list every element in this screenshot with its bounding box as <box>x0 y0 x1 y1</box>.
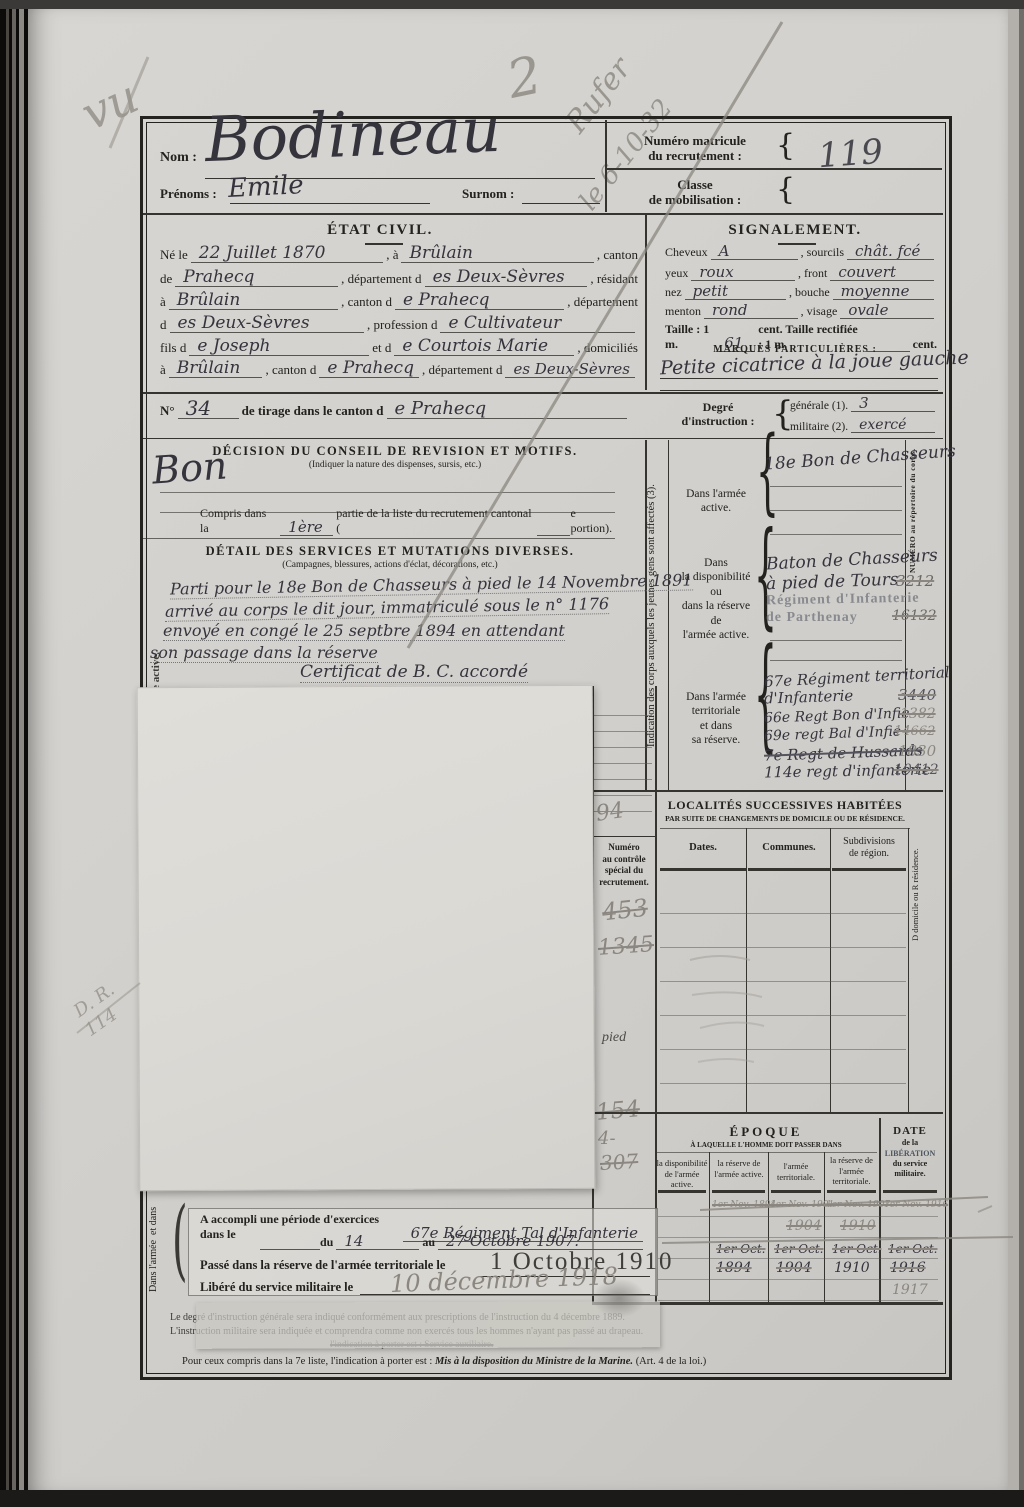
epoque-subtitle: À LAQUELLE L'HOMME DOIT PASSER DANS <box>655 1141 877 1149</box>
localites-subtitle: PAR SUITE DE CHANGEMENTS DE DOMICILE OU … <box>660 814 910 823</box>
ec-etd: et d <box>372 340 391 356</box>
accompli-vert-2: et dans <box>148 1207 159 1235</box>
footnote-4b: Mis à la disposition du Ministre de la M… <box>435 1356 633 1367</box>
sig-front-v: couvert <box>830 265 934 281</box>
compris-gap <box>537 535 571 536</box>
tirage-no: N° <box>160 403 175 419</box>
ep-th4 <box>827 1190 876 1193</box>
tirage-no-v: 34 <box>178 398 239 419</box>
compris-1: Compris dans la <box>200 506 277 536</box>
ec-dept-v3: es Deux-Sèvres <box>505 362 635 378</box>
ec-prof: , profession d <box>367 317 437 333</box>
compris-v: 1ère <box>280 520 333 536</box>
ec-date: 22 Juillet 1870 <box>191 245 383 263</box>
terr-entry-1b: d'Infanterie <box>764 686 854 707</box>
decision-value: Bon <box>151 443 229 492</box>
terr-2: territoriale <box>672 704 760 718</box>
matricule-divider <box>605 168 942 170</box>
ec-de: de <box>160 271 172 287</box>
ec-a2: à <box>160 294 166 310</box>
degre-label-2: d'instruction : <box>668 414 768 428</box>
controle-n4: 4- <box>598 1128 616 1149</box>
section-rule-438 <box>143 438 943 439</box>
scan-edge-bottom <box>0 1490 1024 1507</box>
decision-subtitle: (Indiquer la nature des dispenses, sursi… <box>175 460 615 470</box>
ep-col1: la disponibilité de l'armée active. <box>656 1158 708 1190</box>
ec-line1: Né le 22 Juillet 1870 , à Brûlain , cant… <box>160 245 638 263</box>
classe-brace: { <box>776 172 795 207</box>
tirage-texte: de tirage dans le canton d <box>242 403 384 419</box>
controle-n5: 307 <box>599 1149 638 1175</box>
ec-domicilies: , domiciliés <box>577 340 638 356</box>
signalement-title: SIGNALEMENT. <box>680 222 910 239</box>
dispo-6: l'armée active. <box>672 628 760 642</box>
surnom-label: Surnom : <box>462 186 514 202</box>
degre-gen: générale (1). <box>790 400 848 412</box>
loc-row-lines <box>660 880 906 1112</box>
loc-h3b: de région. <box>832 848 906 860</box>
section-rule-390 <box>143 392 943 394</box>
corps-terr-label: Dans l'armée territoriale et dans sa rés… <box>672 690 760 748</box>
sig-visage-v: ovale <box>840 303 934 319</box>
degre-mil-v: exercé <box>851 418 935 433</box>
sig-menton-v: rond <box>704 303 798 319</box>
ec-line3: à Brûlain , canton d e Prahecq , départe… <box>160 292 638 310</box>
classe-label-1: Classe <box>615 178 775 193</box>
terr-num-3: 14662 <box>894 724 935 739</box>
header-divider-v <box>605 120 607 212</box>
terr-num-5: 10412 <box>894 762 939 778</box>
accompli-vert-label: Dans l'armée et dans <box>148 1212 172 1292</box>
terr-1: Dans l'armée <box>672 690 760 704</box>
epoque-date4: du service <box>880 1159 940 1169</box>
ec-prof-v: e Cultivateur <box>440 315 635 333</box>
footnote-4: Pour ceux compris dans la 7e liste, l'in… <box>182 1356 942 1367</box>
decision-title: DÉCISION DU CONSEIL DE REVISION ET MOTIF… <box>175 444 615 459</box>
prenoms-value: Emile <box>227 170 304 204</box>
ec-mere: e Courtois Marie <box>394 338 574 356</box>
marques-rule1 <box>660 378 938 379</box>
ec-canton2: , canton d <box>341 294 392 310</box>
prenoms-underline <box>230 203 430 204</box>
ec-canton-v3: e Prahecq <box>319 360 419 378</box>
loc-th-rule2 <box>748 868 830 871</box>
pasted-blank-sheet <box>137 685 596 1191</box>
services-line-4: son passage dans la réserve <box>150 643 378 663</box>
sig-sourcils-v: chât. fcé <box>847 244 934 260</box>
ec-canton-v2: e Prahecq <box>395 292 564 310</box>
terr-num-4: 1830 <box>898 742 936 760</box>
services-line-3: envoyé en congé le 25 septbre 1894 en at… <box>163 621 565 641</box>
surnom-underline <box>522 203 600 204</box>
sig-line4: menton rond , visage ovale <box>665 303 937 319</box>
ec-canton-v: Prahecq <box>175 269 338 287</box>
controle-label-3: spécial du <box>593 865 655 877</box>
matricule-label: Numéro matricule du recrutement : <box>615 134 775 164</box>
scan-edge-right <box>1019 0 1024 1507</box>
controle-n2: 1345 <box>597 932 655 961</box>
sig-cheveux-v: A <box>711 244 798 260</box>
degre-gen-v: 3 <box>851 396 935 412</box>
sig-line1: Cheveux A , sourcils chât. fcé <box>665 244 937 260</box>
sig-cheveux: Cheveux <box>665 245 708 260</box>
loc-header-rule-top <box>660 828 910 829</box>
nom-value: Bodineau <box>204 93 502 176</box>
matricule-label-1: Numéro matricule <box>615 134 775 149</box>
controle-box-top <box>593 836 655 837</box>
accompli-paren: ( <box>172 1190 188 1291</box>
controle-n3: 154 <box>595 1096 641 1126</box>
tirage-line: N° 34 de tirage dans le canton d e Prahe… <box>160 398 630 419</box>
ec-d: d <box>160 317 167 333</box>
controle-label: Numéro au contrôle spécial du recrutemen… <box>593 842 655 889</box>
dispo-4: dans la réserve <box>672 599 760 613</box>
sig-yeux-v: roux <box>691 265 795 281</box>
ec-line5: fils d e Joseph et d e Courtois Marie , … <box>160 338 638 356</box>
page-edge <box>19 0 24 1507</box>
corps-active-label: Dans l'armée active. <box>672 488 760 516</box>
epoque-date1: DATE <box>880 1124 940 1138</box>
accompli-du: du <box>320 1235 333 1250</box>
epoque-date5: militaire. <box>880 1169 940 1179</box>
dispo-num-2: 16132 <box>892 608 937 624</box>
ec-line4: d es Deux-Sèvres , profession d e Cultiv… <box>160 315 638 333</box>
ep-th5 <box>883 1190 937 1193</box>
book-binding <box>0 0 30 1507</box>
compris-3: e portion). <box>570 506 620 536</box>
controle-label-4: recrutement. <box>593 877 655 889</box>
etat-civil-title: ÉTAT CIVIL. <box>240 222 520 239</box>
marques-rule2 <box>660 390 938 391</box>
ec-dept1: , département d <box>341 271 422 287</box>
controle-pied: pied <box>602 1030 626 1046</box>
terr-num-1: 3440 <box>898 686 936 704</box>
loc-bottom-rule <box>592 1112 943 1114</box>
stamp-parthenay: de Parthenay <box>766 610 858 626</box>
controle-label-1: Numéro <box>593 842 655 854</box>
ep-th3 <box>771 1190 821 1193</box>
ec-dept-v2: es Deux-Sèvres <box>170 315 365 333</box>
accompli-au: au <box>422 1235 435 1250</box>
scanned-register-page: vu 2 Rufer le 6-10-32 D. R. 114 Nom : Bo… <box>0 0 1024 1507</box>
scan-edge-top <box>0 0 1024 9</box>
ec-fils: fils d <box>160 340 186 356</box>
active-rule2 <box>770 510 902 511</box>
services-title: DÉTAIL DES SERVICES ET MUTATIONS DIVERSE… <box>165 544 615 559</box>
ec-dept2: , département <box>567 294 638 310</box>
accompli-l4: Libéré du service militaire le <box>200 1280 353 1295</box>
terr-4: sa réserve. <box>672 733 760 747</box>
compris-line: Compris dans la 1ère partie de la liste … <box>200 506 620 536</box>
compris-2: partie de la liste du recrutement canton… <box>336 506 536 536</box>
ep-col4: la réserve de l'armée territoriale. <box>826 1155 877 1187</box>
nom-label: Nom : <box>160 150 197 166</box>
decision-rule3 <box>143 538 615 539</box>
decision-rule1 <box>160 492 615 493</box>
loc-v3 <box>908 828 909 1112</box>
prenoms-label: Prénoms : <box>160 186 217 202</box>
active-rule3 <box>770 534 902 535</box>
loc-dr-label: D domicile ou R résidence. <box>910 820 936 970</box>
matricule-brace: { <box>776 128 795 163</box>
classe-label: Classe de mobilisation : <box>615 178 775 208</box>
ink-smudge <box>592 1278 646 1318</box>
terr-num-2: 1382 <box>900 706 936 722</box>
sig-visage: , visage <box>801 304 838 319</box>
accompli-gap <box>260 1249 320 1250</box>
epoque-date2: de la <box>880 1138 940 1148</box>
sig-bouche-v: moyenne <box>833 284 934 300</box>
dispo-rule1 <box>770 640 902 641</box>
ep-th2 <box>712 1190 765 1193</box>
sig-line3: nez petit , bouche moyenne <box>665 284 937 300</box>
ec-canton1: , canton <box>597 247 638 263</box>
matricule-label-2: du recrutement : <box>615 149 775 164</box>
sig-nez-v: petit <box>685 284 786 300</box>
tirage-canton-v: e Prahecq <box>387 400 627 419</box>
ep-th1 <box>658 1190 706 1193</box>
loc-th-rule3 <box>832 868 906 871</box>
controle-n1: 453 <box>601 894 649 927</box>
services-subtitle: (Campagnes, blessures, actions d'éclat, … <box>165 560 615 570</box>
loc-h1: Dates. <box>660 842 746 853</box>
accompli-du-v: 14 <box>336 1234 419 1250</box>
dispo-1: Dans <box>672 556 760 570</box>
sig-front: , front <box>798 266 827 281</box>
pasted-strip <box>196 1301 660 1349</box>
active-rule1 <box>770 486 902 487</box>
ec-line2: de Prahecq , département d es Deux-Sèvre… <box>160 269 638 287</box>
degre-label: Degré d'instruction : <box>668 400 768 429</box>
ec-pere: e Joseph <box>189 338 369 356</box>
epoque-title: ÉPOQUE <box>655 1124 877 1140</box>
controle-top-number: 94 <box>594 798 625 827</box>
ep-header-rule <box>655 1152 877 1153</box>
ep-col3: l'armée territoriale. <box>770 1161 822 1182</box>
ep-row-lines <box>658 1196 938 1302</box>
header-bottom-rule <box>143 213 943 215</box>
ec-canton3: , canton d <box>265 362 316 378</box>
loc-h3a: Subdivisions <box>832 836 906 848</box>
controle-label-2: au contrôle <box>593 854 655 866</box>
corps-strip-border <box>668 440 669 790</box>
ep-col2: la réserve de l'armée active. <box>712 1158 766 1179</box>
ec-ne-le: Né le <box>160 247 188 263</box>
sig-nez: nez <box>665 285 682 300</box>
epoque-date3: LIBÉRATION <box>880 1149 940 1159</box>
accompli-vert-1: Dans l'armée <box>148 1240 159 1292</box>
stamp-regiment: Régiment d'Infanterie <box>766 591 920 610</box>
ec-dept-v: es Deux-Sèvres <box>425 269 588 287</box>
col-divider-top <box>645 215 647 390</box>
loc-h2: Communes. <box>748 842 830 853</box>
ec-a3: à <box>160 362 166 378</box>
epoque-date-header: DATE de la LIBÉRATION du service militai… <box>880 1124 940 1180</box>
loc-th-rule1 <box>660 868 746 871</box>
degre-generale: générale (1). 3 <box>790 396 938 412</box>
footnote-4c: (Art. 4 de la loi.) <box>633 1356 706 1367</box>
dispo-num-1: 3212 <box>896 572 934 590</box>
page-edge <box>12 0 16 1507</box>
localites-title: LOCALITÉS SUCCESSIVES HABITÉES <box>660 798 910 813</box>
services-line-5: Certificat de B. C. accordé <box>300 662 528 683</box>
ec-res-v: Brûlain <box>169 292 338 310</box>
terr-3: et dans <box>672 719 760 733</box>
sig-menton: menton <box>665 304 701 319</box>
dispo-5: de <box>672 614 760 628</box>
degre-mil: militaire (2). <box>790 421 848 433</box>
dispo-rule2 <box>770 660 902 661</box>
degre-label-1: Degré <box>668 400 768 414</box>
footnote-4a: Pour ceux compris dans la 7e liste, l'in… <box>182 1356 435 1367</box>
page-edge <box>6 0 9 1507</box>
ec-lieu: Brûlain <box>401 245 593 263</box>
ec-dom-v: Brûlain <box>169 360 263 378</box>
ec-residant: , résidant <box>590 271 638 287</box>
sig-bouche: , bouche <box>789 285 830 300</box>
sig-yeux: yeux <box>665 266 688 281</box>
ec-a1: , à <box>386 247 398 263</box>
degre-militaire: militaire (2). exercé <box>790 418 938 433</box>
sig-line2: yeux roux , front couvert <box>665 265 937 281</box>
loc-h3: Subdivisions de région. <box>832 836 906 860</box>
corps-dispo-label: Dans la disponibilité ou dans la réserve… <box>672 556 760 642</box>
classe-label-2: de mobilisation : <box>615 193 775 208</box>
ec-dept3: , département d <box>422 362 503 378</box>
sig-sourcils: , sourcils <box>801 245 844 260</box>
ec-line6: à Brûlain , canton d e Prahecq , départe… <box>160 360 638 378</box>
